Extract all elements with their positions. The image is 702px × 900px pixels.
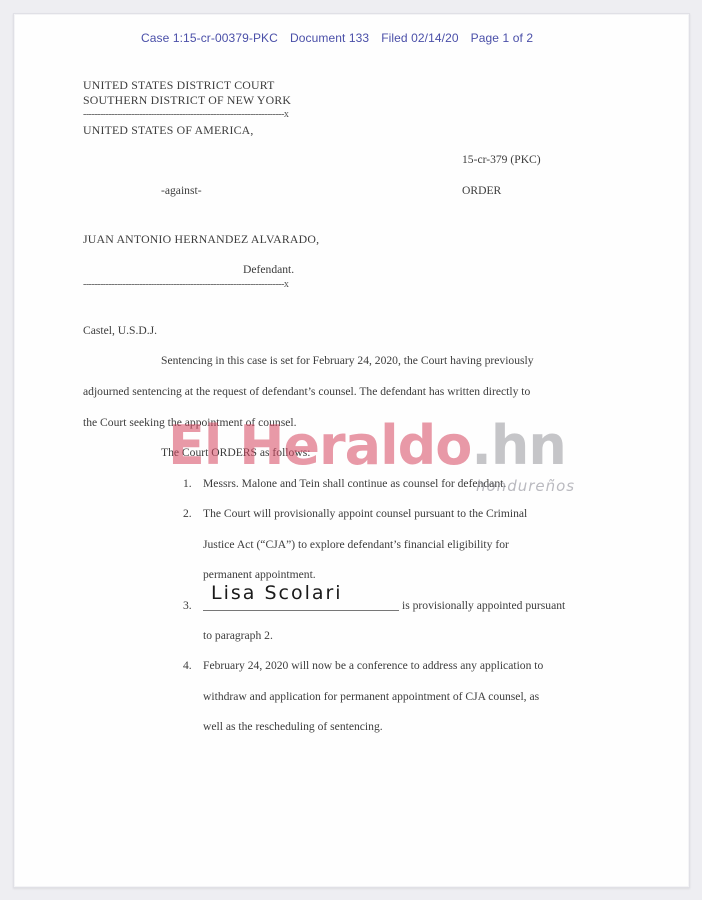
document-number: Document 133 [290, 31, 369, 45]
order-item-text: February 24, 2020 will now be a conferen… [203, 659, 543, 672]
watermark-logo: El Heraldo.hn [168, 414, 566, 477]
watermark-subtitle: hondureños [476, 477, 575, 495]
order-item-number: 2. [183, 507, 192, 520]
court-name-line2: SOUTHERN DISTRICT OF NEW YORK [83, 93, 291, 108]
judge-name: Castel, U.S.D.J. [83, 324, 157, 337]
handwritten-counsel-name: Lisa Scolari [211, 582, 343, 604]
order-item-number: 1. [183, 477, 192, 490]
watermark-brand: El Heraldo [168, 414, 471, 477]
document-type: ORDER [462, 184, 501, 197]
caption-divider-top: ----------------------------------------… [83, 109, 368, 120]
against-label: -against- [161, 184, 202, 197]
filed-date: Filed 02/14/20 [381, 31, 458, 45]
order-item-text: Justice Act (“CJA”) to explore defendant… [203, 538, 509, 551]
paragraph-line: adjourned sentencing at the request of d… [83, 385, 530, 398]
order-item-text: to paragraph 2. [203, 629, 273, 642]
order-item-text: well as the rescheduling of sentencing. [203, 720, 383, 733]
caption-divider-bottom: ----------------------------------------… [83, 279, 369, 290]
plaintiff-name: UNITED STATES OF AMERICA, [83, 123, 254, 138]
ecf-header: Case 1:15-cr-00379-PKCDocument 133Filed … [141, 31, 545, 45]
case-number: 15-cr-379 (PKC) [462, 153, 541, 166]
defendant-name: JUAN ANTONIO HERNANDEZ ALVARADO, [83, 232, 319, 247]
court-name-line1: UNITED STATES DISTRICT COURT [83, 78, 275, 93]
order-item-text: is provisionally appointed pursuant [402, 599, 565, 612]
order-item-text: Messrs. Malone and Tein shall continue a… [203, 477, 506, 490]
handwritten-blank: Lisa Scolari [203, 580, 399, 611]
case-number-header: Case 1:15-cr-00379-PKC [141, 31, 278, 45]
page-indicator: Page 1 of 2 [471, 31, 533, 45]
document-page: Case 1:15-cr-00379-PKCDocument 133Filed … [13, 13, 690, 888]
order-item-number: 4. [183, 659, 192, 672]
watermark-suffix: .hn [471, 414, 565, 477]
order-item-text: withdraw and application for permanent a… [203, 690, 539, 703]
order-item-text: The Court will provisionally appoint cou… [203, 507, 527, 520]
paragraph-line: Sentencing in this case is set for Febru… [161, 354, 534, 367]
order-item-number: 3. [183, 599, 192, 612]
defendant-label: Defendant. [243, 263, 294, 276]
